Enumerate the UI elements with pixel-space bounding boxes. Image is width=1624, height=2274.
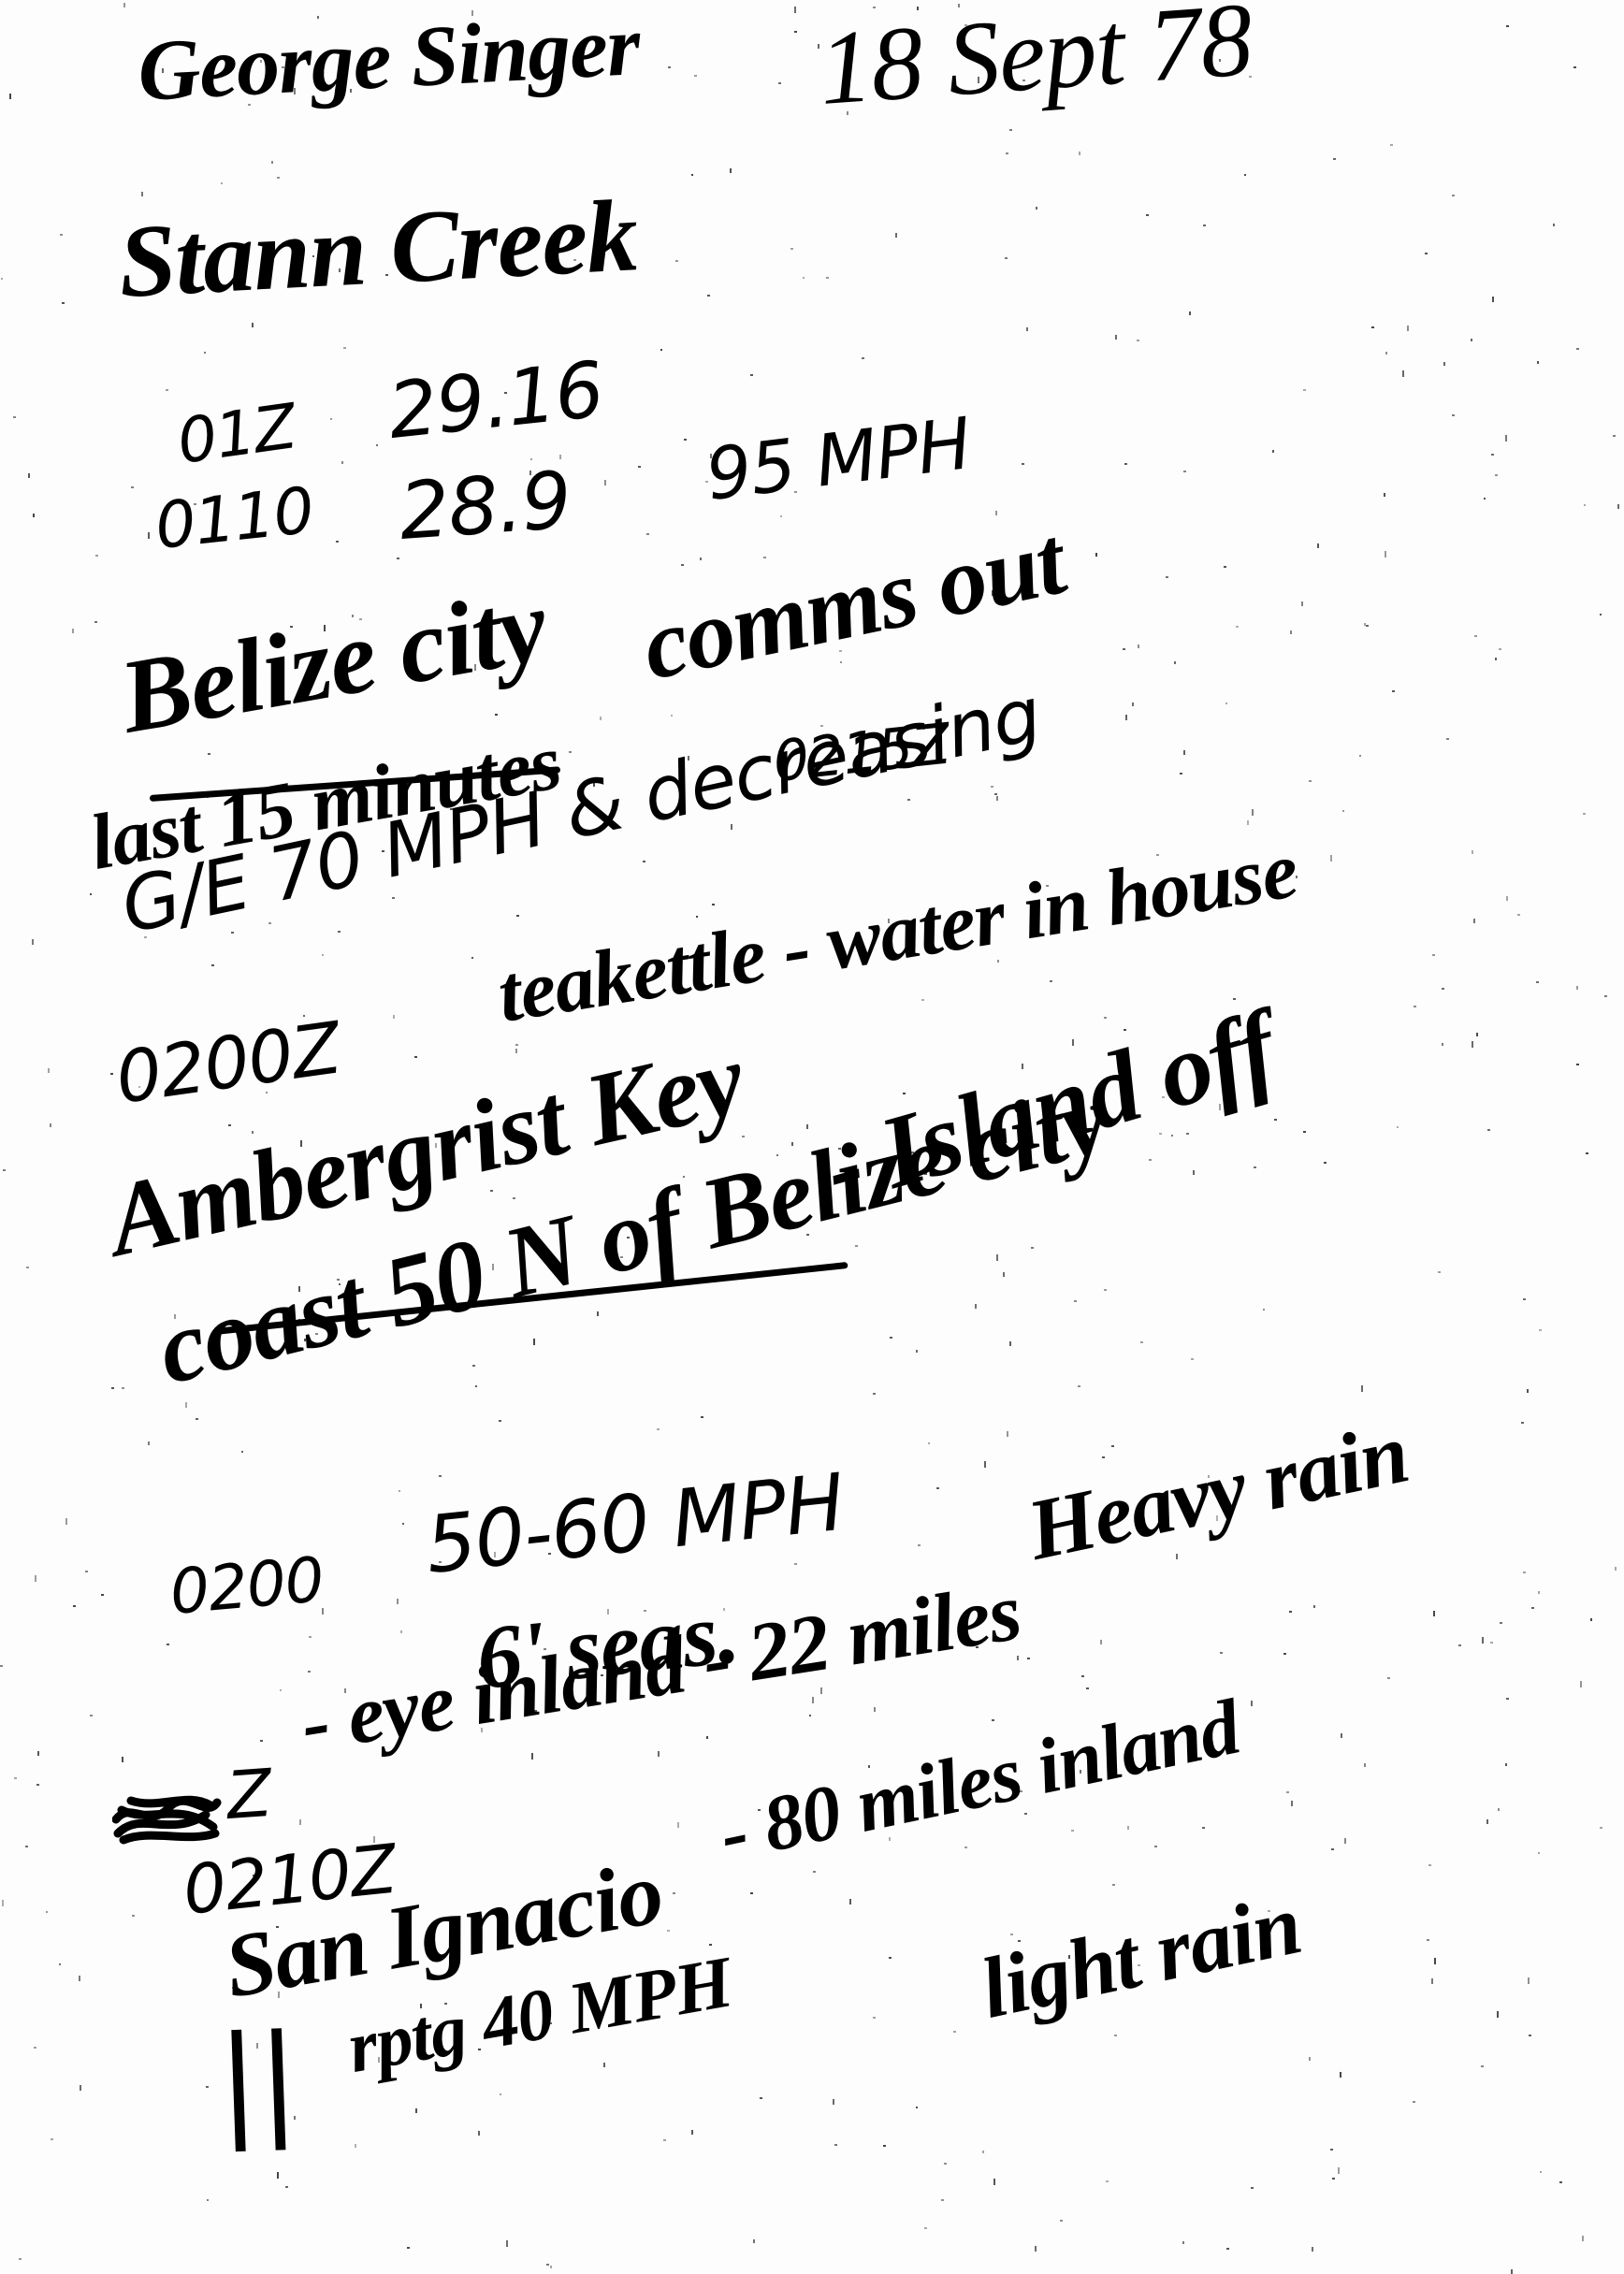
obs-time: 0200: [167, 1549, 326, 1624]
author-name: George Singer: [136, 2, 642, 114]
location-stann-creek: Stann Creek: [116, 183, 639, 313]
obs-pressure: 29.16: [384, 352, 606, 451]
obs-wind: 95 MPH: [703, 408, 975, 511]
comms-status: comms out: [634, 512, 1072, 696]
obs-time: Z: [225, 1760, 273, 1829]
location-note: - 80 miles inland: [714, 1688, 1246, 1875]
obs-time: 01Z: [174, 396, 299, 473]
struck-out-time: [112, 1782, 223, 1847]
scanned-page: George Singer 18 Sept 78 Stann Creek 01Z…: [0, 0, 1624, 2274]
obs-weather: light rain: [974, 1880, 1308, 2032]
obs-wind: 50-60 MPH: [422, 1463, 847, 1585]
obs-time: 0110: [152, 480, 316, 559]
obs-time: 0200Z: [111, 1012, 344, 1114]
location-belize-city: Belize city: [113, 572, 554, 750]
note-date: 18 Sept 78: [816, 0, 1255, 122]
obs-weather: Heavy rain: [1021, 1409, 1415, 1573]
obs-note: teakettle - water in house: [493, 829, 1302, 1035]
continuation-marker: ||: [215, 2018, 299, 2142]
obs-pressure: 28.9: [397, 460, 573, 551]
